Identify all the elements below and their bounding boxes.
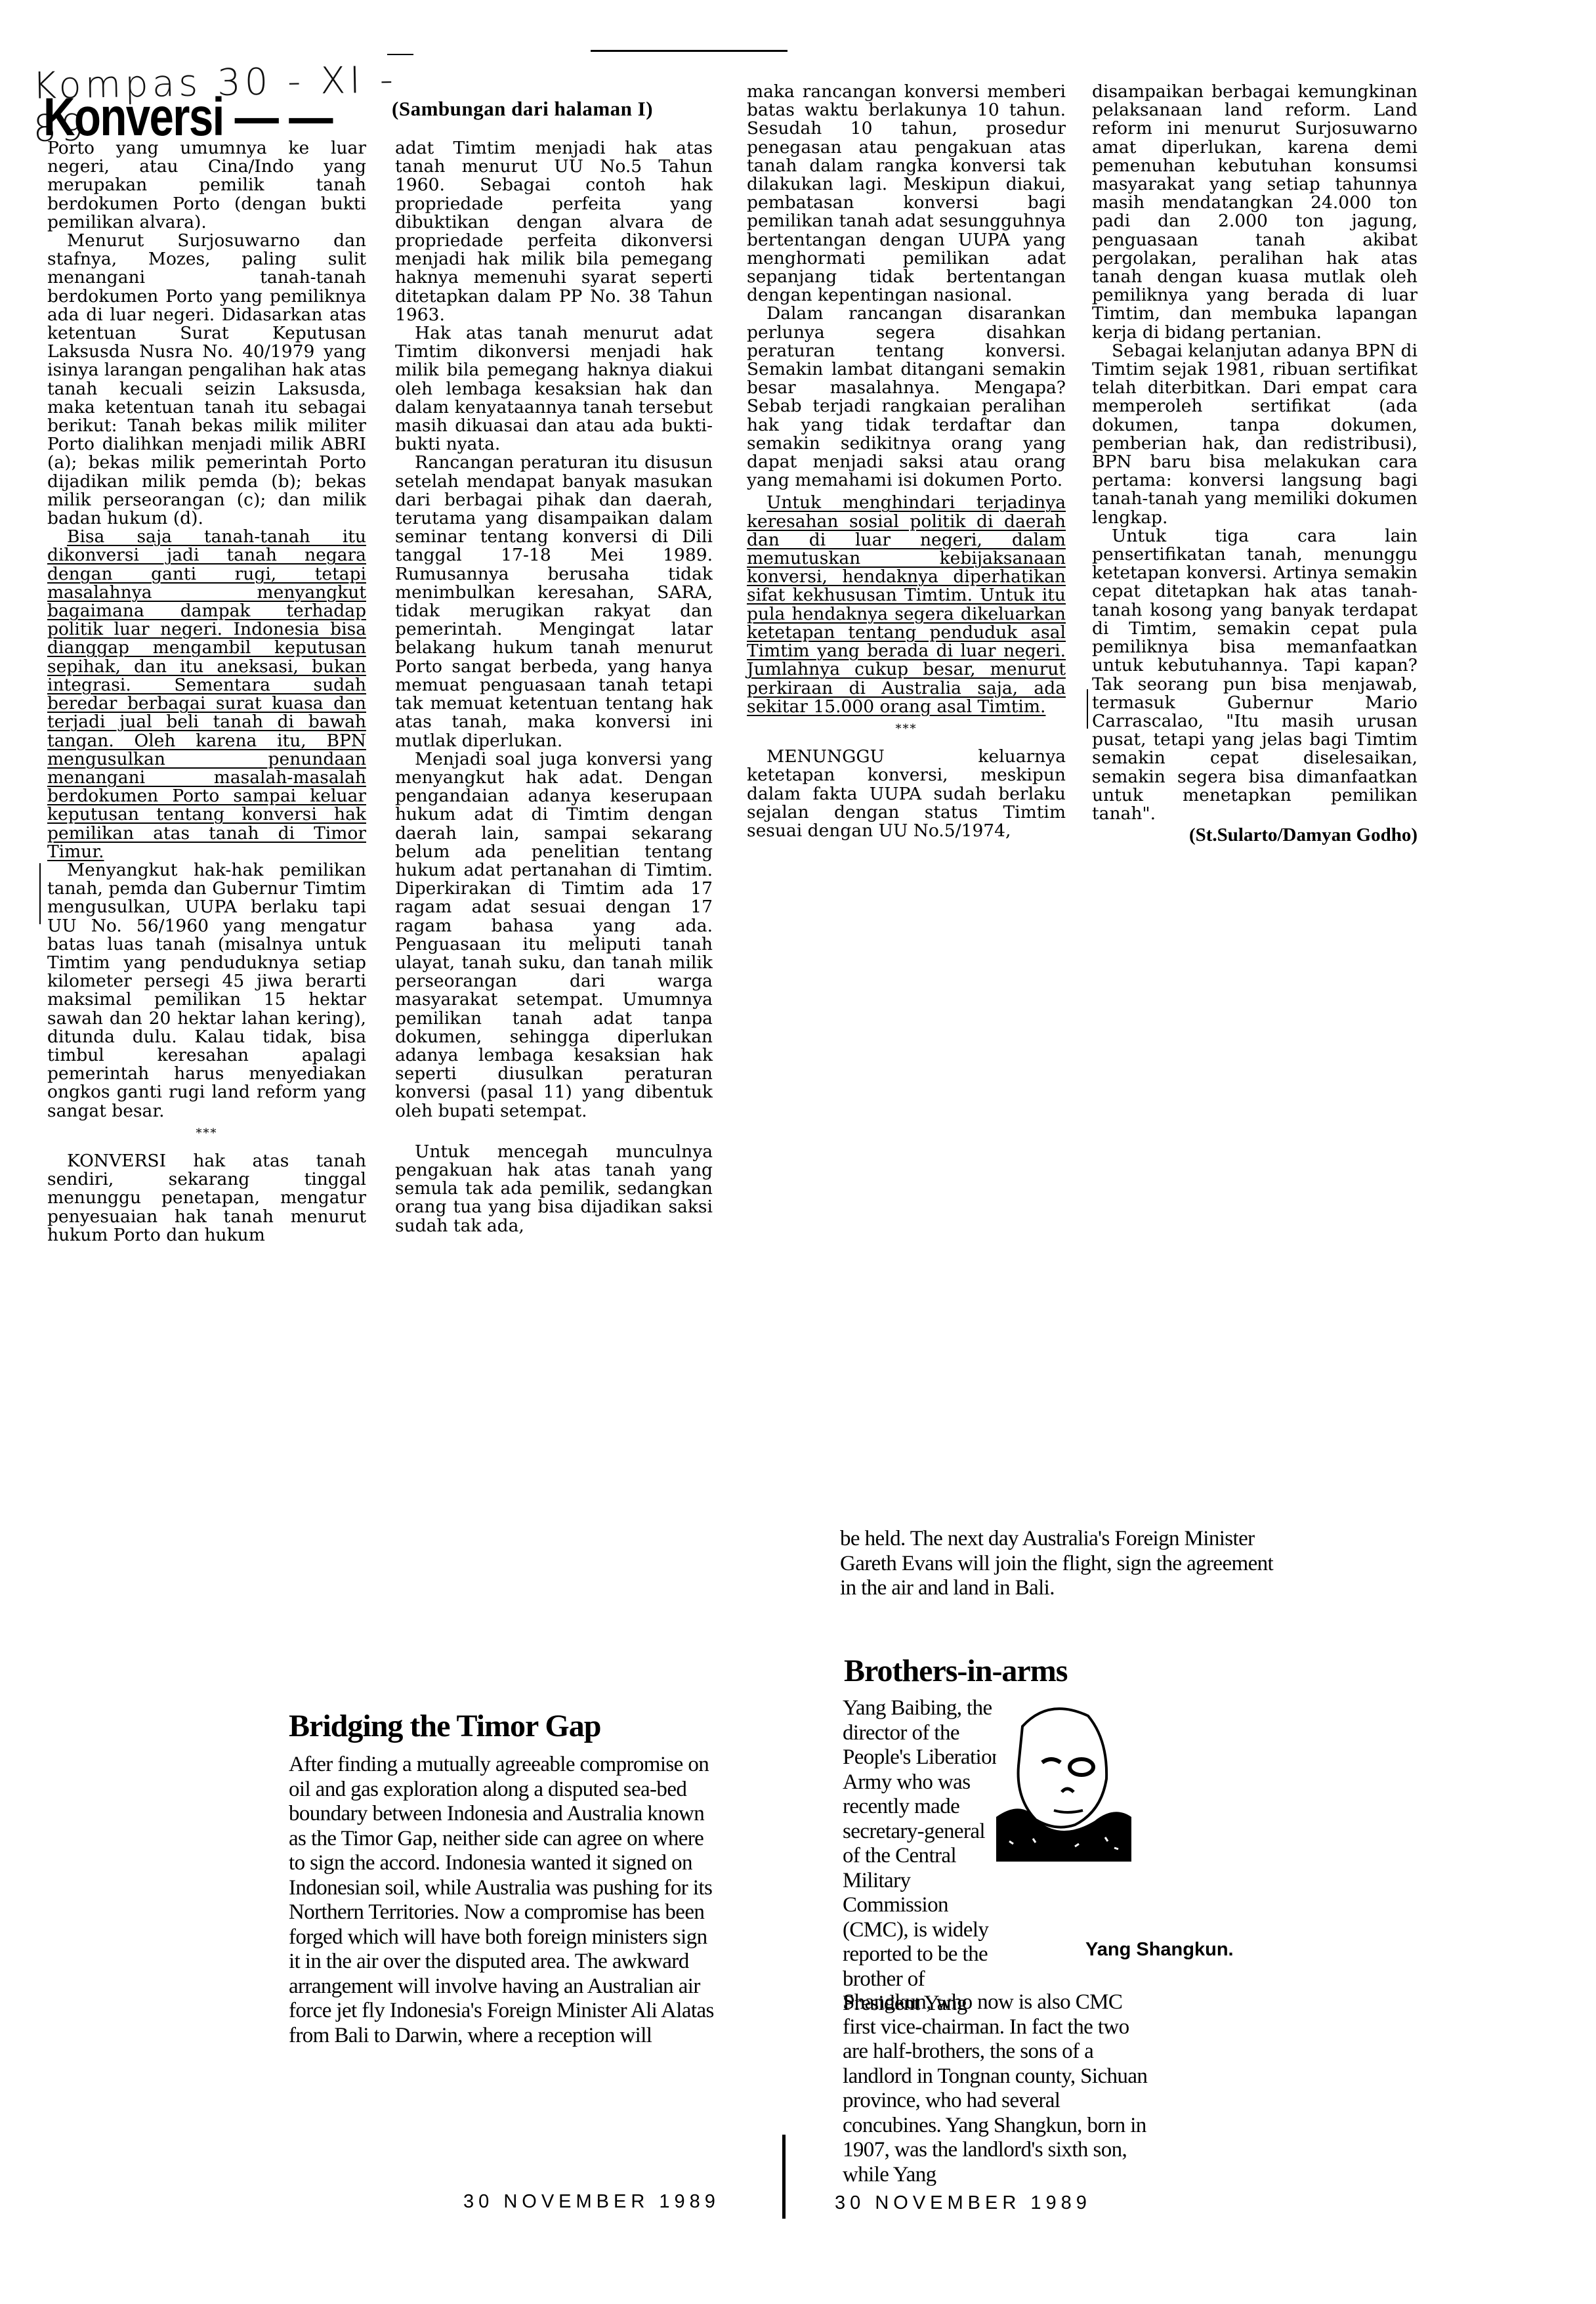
paragraph: Menurut Surjosuwarno dan stafnya, Mozes,… [47, 232, 366, 528]
paragraph: Menyangkut hak-hak pemilikan tanah, pemd… [47, 861, 366, 1120]
continuation-note: (Sambungan dari halaman I) [392, 97, 720, 121]
paragraph-underlined: Untuk menghindari terjadinya keresahan s… [747, 494, 1066, 715]
paragraph: Menjadi soal juga konversi yang menyangk… [395, 750, 713, 1120]
article-column-4: disampaikan berbagai kemungkinan pelaksa… [1092, 83, 1417, 844]
paragraph: Untuk mencegah munculnya pengakuan hak a… [395, 1143, 713, 1235]
paragraph: Rancangan peraturan itu disusun setelah … [395, 454, 713, 750]
brothers-headline: Brothers-in-arms [844, 1653, 1172, 1689]
section-separator: *** [747, 720, 1066, 738]
paragraph: Untuk tiga cara lain pensertifikatan tan… [1092, 527, 1417, 823]
paragraph: maka rancangan konversi memberi batas wa… [747, 83, 1066, 305]
margin-bracket-mark [1087, 689, 1088, 729]
article-column-3: maka rancangan konversi memberi batas wa… [747, 83, 1066, 840]
paragraph: Porto yang umumnya ke luar negeri, atau … [47, 139, 366, 232]
paragraph: disampaikan berbagai kemungkinan pelaksa… [1092, 83, 1417, 342]
brothers-body-wide: Shangkun, who now is also CMC first vice… [843, 1990, 1154, 2187]
timor-gap-continued: be held. The next day Australia's Foreig… [840, 1527, 1286, 1601]
paragraph: Hak atas tanah menurut adat Timtim dikon… [395, 324, 713, 454]
dateline-left: 30 NOVEMBER 1989 [463, 2191, 739, 2213]
paragraph: adat Timtim menjadi hak atas tanah menur… [395, 139, 713, 324]
article-kicker: Konversi — — [43, 91, 377, 144]
paragraph: Dalam rancangan disarankan perlunya sege… [747, 305, 1066, 490]
brothers-body-narrow: Yang Baibing, the director of the People… [843, 1696, 1004, 2016]
dateline-right: 30 NOVEMBER 1989 [835, 2192, 1110, 2214]
portrait-photo [996, 1700, 1131, 1862]
column-divider [782, 2135, 786, 2219]
section-separator: *** [47, 1124, 366, 1143]
photo-caption: Yang Shangkun. [1085, 1939, 1282, 1961]
paragraph-gap [395, 1120, 713, 1143]
article-column-1: Porto yang umumnya ke luar negeri, atau … [47, 139, 366, 1245]
top-rule-long [591, 50, 787, 52]
margin-bracket-mark [39, 863, 41, 924]
article-byline: (St.Sularto/Damyan Godho) [1092, 826, 1417, 844]
timor-gap-headline: Bridging the Timor Gap [289, 1708, 656, 1744]
portrait-illustration-icon [996, 1700, 1131, 1862]
paragraph: MENUNGGU keluarnya ketetapan konversi, m… [747, 748, 1066, 840]
paragraph: KONVERSI hak atas tanah sendiri, sekaran… [47, 1152, 366, 1245]
timor-gap-body: After finding a mutually agreeable compr… [289, 1753, 722, 2048]
paragraph-underlined: Bisa saja tanah-tanah itu dikonversi jad… [47, 528, 366, 861]
top-rule-short [387, 54, 413, 55]
paragraph: Sebagai kelanjutan adanya BPN di Timtim … [1092, 342, 1417, 527]
article-column-2: adat Timtim menjadi hak atas tanah menur… [395, 139, 713, 1235]
